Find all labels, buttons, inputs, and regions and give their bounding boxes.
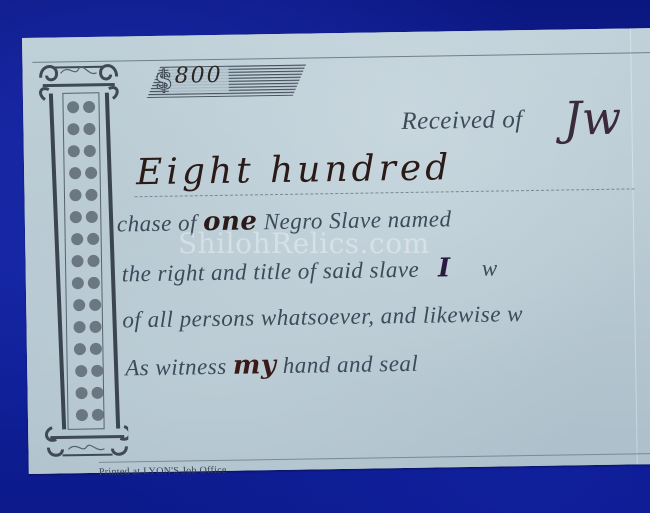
document-line-2: the right and title of said slave I w xyxy=(121,253,498,289)
amount-box: $ 800 xyxy=(146,62,307,101)
amount-value: 800 xyxy=(174,63,222,89)
dollar-sign-icon: $ xyxy=(154,66,173,96)
paper-fold-line xyxy=(630,28,638,464)
top-border-rule xyxy=(32,52,650,63)
line-2-handwritten: I xyxy=(438,253,451,283)
receipt-document: $ 800 Received of Jw Eight hundred chase… xyxy=(22,28,650,474)
payer-name-handwritten: Jw xyxy=(563,91,622,146)
line-4-prefix: As witness xyxy=(125,354,227,381)
document-line-4: As witness my hand and seal xyxy=(125,348,419,383)
line-1-prefix: chase of xyxy=(117,210,197,236)
line-2-prefix: the right and title of said slave xyxy=(122,257,420,287)
amount-in-words: Eight hundred xyxy=(136,147,453,193)
line-1-handwritten: one xyxy=(203,206,258,237)
printer-imprint: Printed at LYON'S Job Office xyxy=(99,465,227,478)
line-4-suffix: hand and seal xyxy=(283,351,419,378)
received-of-label: Received of xyxy=(401,106,523,136)
line-1-suffix: Negro Slave named xyxy=(264,206,452,234)
ornamental-column-icon xyxy=(34,58,128,459)
bottom-border-rule xyxy=(99,453,650,463)
document-line-3: of all persons whatsoever, and likewise … xyxy=(122,301,523,333)
line-2-suffix: w xyxy=(482,256,498,281)
document-line-1: chase of one Negro Slave named xyxy=(117,203,452,238)
line-4-handwritten: my xyxy=(233,350,277,381)
